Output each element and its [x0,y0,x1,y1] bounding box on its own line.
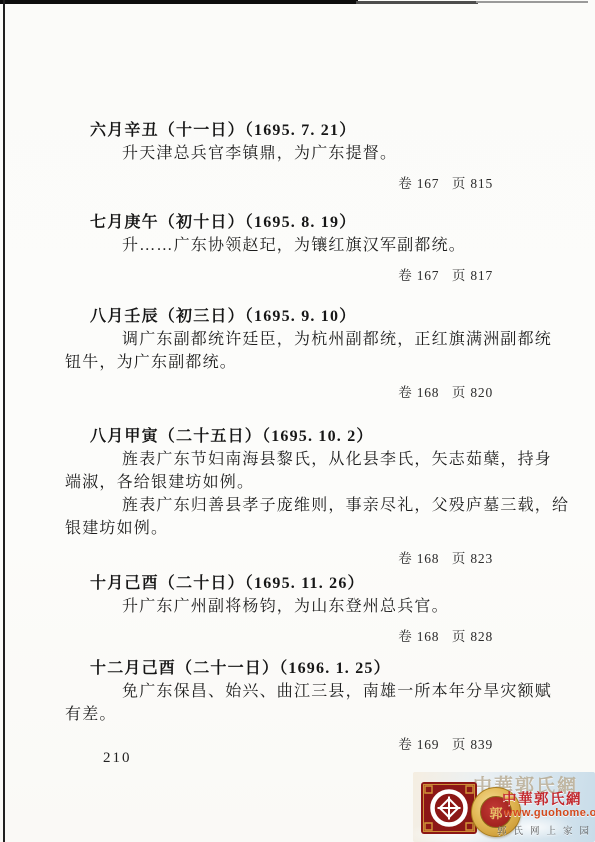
volume-page-ref: 卷 168 页 823 [0,547,493,570]
volume-page-ref: 卷 167 页 817 [0,264,493,287]
record-entry: 十月己酉（二十日）（1695. 11. 26） 升广东广州副将杨钧，为山东登州总… [0,572,595,648]
entry-text-line: 银建坊如例。 [0,517,595,540]
scan-edge-top [356,1,478,4]
entry-date-heading: 六月辛丑（十一日）（1695. 7. 21） [0,119,595,142]
coin-character: 郭 [489,803,502,822]
volume-page-ref: 卷 167 页 815 [0,172,493,195]
entry-text-line: 升广东广州副将杨钧，为山东登州总兵官。 [0,595,595,618]
record-entry: 八月壬辰（初三日）（1695. 9. 10） 调广东副都统许廷臣，为杭州副都统，… [0,305,595,404]
site-watermark: 中華郭氏網 郭 中華郭氏網 www.guohome.org 郭氏网上家园 [413,772,595,842]
entry-date-heading: 十月己酉（二十日）（1695. 11. 26） [0,572,595,595]
entry-text-line: 免广东保昌、始兴、曲江三县，南雄一所本年分旱灾额赋 [0,680,595,703]
volume-page-ref: 卷 169 页 839 [0,733,493,756]
entry-date-heading: 八月甲寅（二十五日）（1695. 10. 2） [0,425,595,448]
entry-date-heading: 七月庚午（初十日）（1695. 8. 19） [0,211,595,234]
entry-text-line: 旌表广东节妇南海县黎氏，从化县李氏，矢志茹蘖，持身 [0,448,595,471]
entry-text-line: 钮牛，为广东副都统。 [0,351,595,374]
entry-text-line: 升……广东协领赵玘，为镶红旗汉军副都统。 [0,234,595,257]
entry-text-line: 升天津总兵官李镇鼎，为广东提督。 [0,142,595,165]
page-number: 210 [103,750,132,767]
entry-date-heading: 八月壬辰（初三日）（1695. 9. 10） [0,305,595,328]
record-entry: 六月辛丑（十一日）（1695. 7. 21） 升天津总兵官李镇鼎，为广东提督。 … [0,119,595,195]
volume-page-ref: 卷 168 页 828 [0,625,493,648]
entry-text-line: 旌表广东归善县孝子庞维则，事亲尽礼，父殁庐墓三载，给 [0,494,595,517]
entry-text-line: 有差。 [0,703,595,726]
watermark-site-name: 中華郭氏網 [502,788,582,809]
watermark-site-url: www.guohome.org [504,807,595,819]
scan-edge-top [0,0,358,4]
scan-edge-top [476,1,588,3]
watermark-tagline: 郭氏网上家园 [497,823,595,837]
record-entry: 七月庚午（初十日）（1695. 8. 19） 升……广东协领赵玘，为镶红旗汉军副… [0,211,595,287]
clan-seal-icon [421,782,477,834]
entry-text-line: 调广东副都统许廷臣，为杭州副都统，正红旗满洲副都统 [0,328,595,351]
entry-date-heading: 十二月己酉（二十一日）（1696. 1. 25） [0,657,595,680]
record-entry: 八月甲寅（二十五日）（1695. 10. 2） 旌表广东节妇南海县黎氏，从化县李… [0,425,595,570]
scanned-book-page: 六月辛丑（十一日）（1695. 7. 21） 升天津总兵官李镇鼎，为广东提督。 … [0,0,595,842]
volume-page-ref: 卷 168 页 820 [0,381,493,404]
record-entry: 十二月己酉（二十一日）（1696. 1. 25） 免广东保昌、始兴、曲江三县，南… [0,657,595,756]
entry-text-line: 端淑，各给银建坊如例。 [0,471,595,494]
